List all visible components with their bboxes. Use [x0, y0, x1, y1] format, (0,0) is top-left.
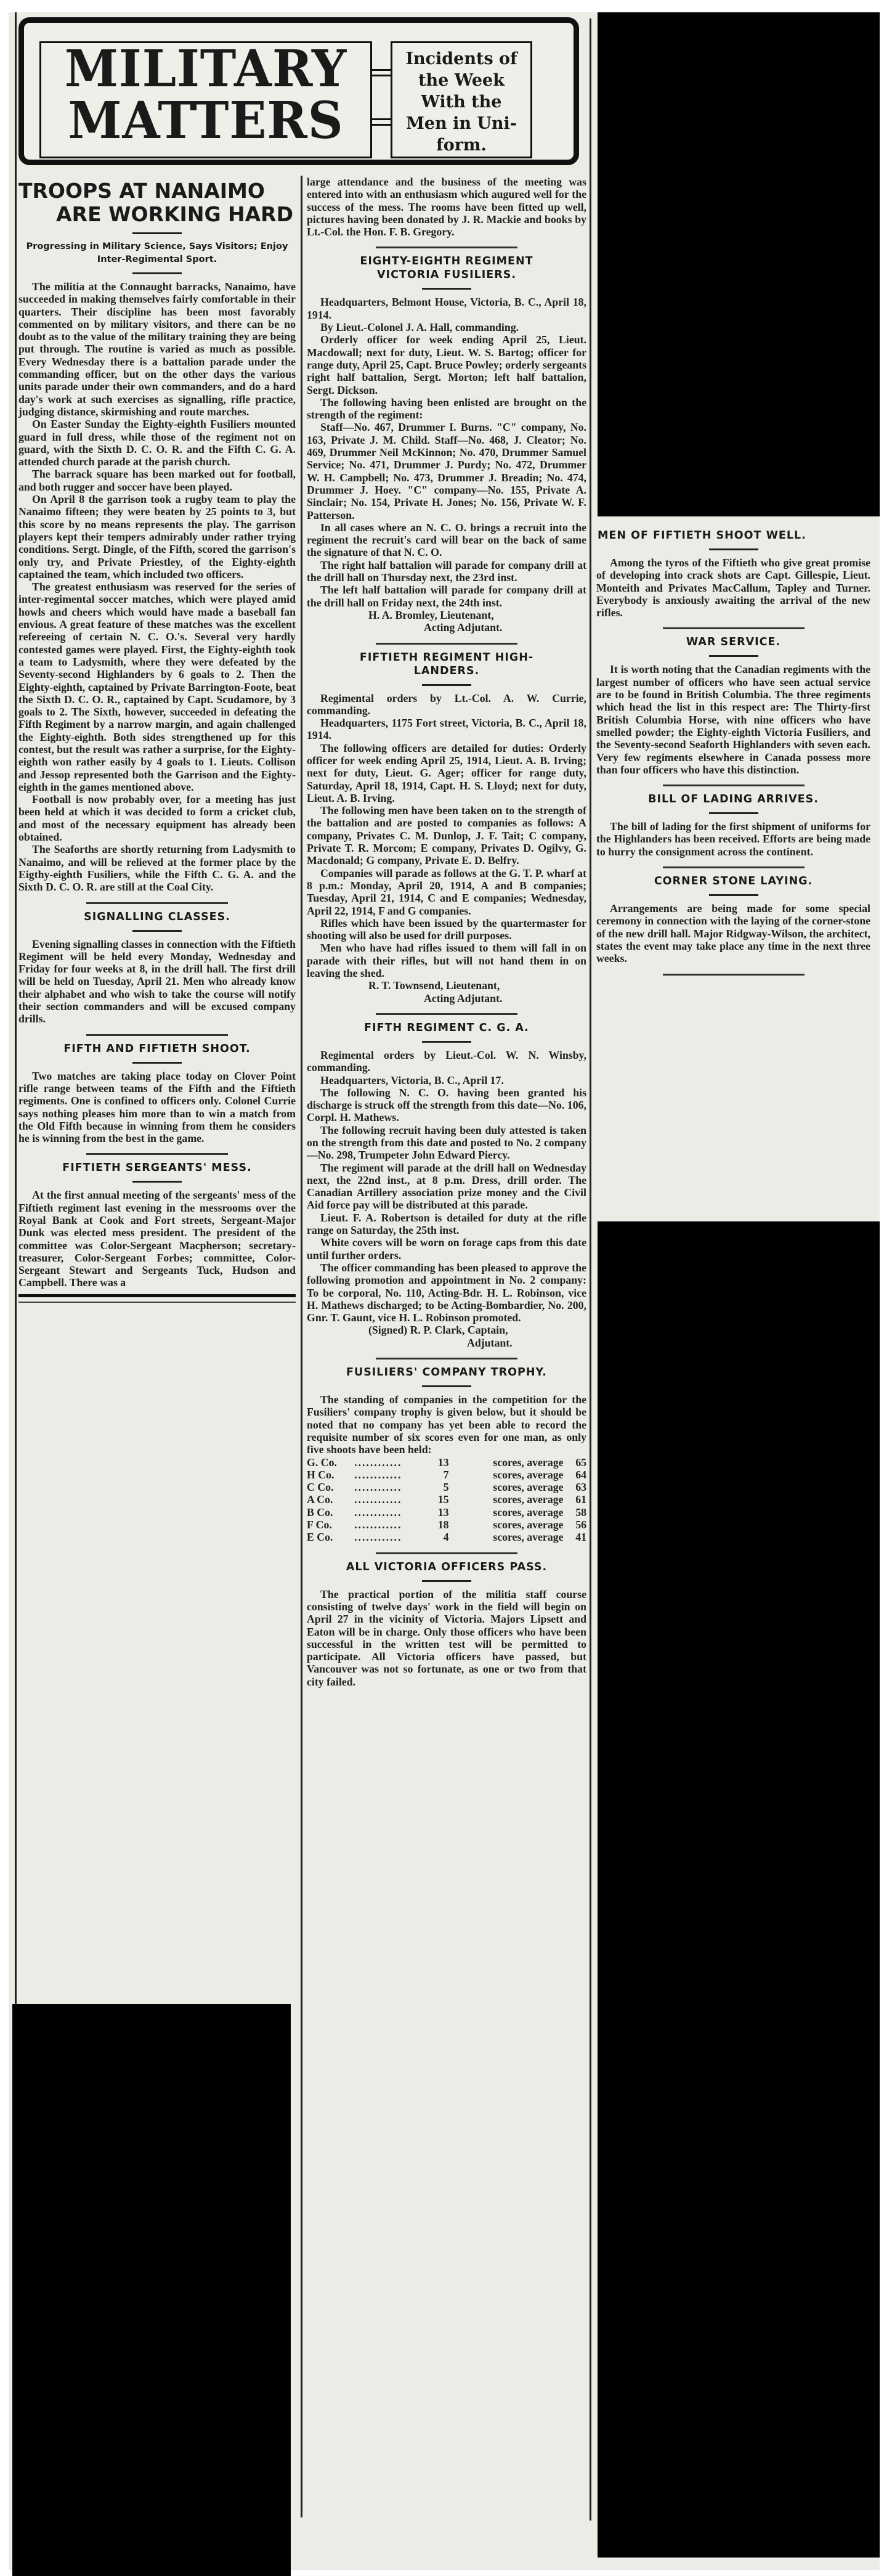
article-corner-stone: CORNER STONE LAYING. Arrangements are be…: [596, 874, 870, 964]
article-headline: ALL VICTORIA OFFICERS PASS.: [308, 1560, 585, 1574]
article-headline: TROOPS AT NANAIMO ARE WORKING HARD: [18, 179, 296, 226]
scores-label-cell: scores, average: [452, 1531, 563, 1543]
signature-line: R. T. Townsend, Lieutenant,: [307, 979, 586, 992]
article-headline: FUSILIERS' COMPANY TROPHY.: [308, 1366, 585, 1379]
article-body: Evening signalling classes in connection…: [18, 938, 296, 1025]
article-fifth-fiftieth-shoot: FIFTH AND FIFTIETH SHOOT. Two matches ar…: [18, 1042, 296, 1145]
article-paragraph: By Lieut.-Colonel J. A. Hall, commanding…: [307, 321, 586, 333]
scores-count-cell: 18: [429, 1518, 452, 1531]
article-headline: FIFTIETH SERGEANTS' MESS.: [20, 1161, 294, 1175]
article-body: It is worth noting that the Canadian reg…: [596, 663, 870, 776]
table-row: E Co.............4scores, average41: [307, 1531, 586, 1543]
article-sergeants-mess: FIFTIETH SERGEANTS' MESS. At the first a…: [18, 1161, 296, 1289]
separator: [709, 894, 758, 896]
separator: [132, 1181, 182, 1183]
article-troops-nanaimo: TROOPS AT NANAIMO ARE WORKING HARD Progr…: [18, 179, 296, 894]
company-cell: A Co.: [307, 1493, 354, 1506]
article-body: Regimental orders by Lt.-Col. A. W. Curr…: [307, 692, 586, 980]
masthead: MILITARY MATTERS Incidents of the Week W…: [18, 17, 579, 165]
article-body: Arrangements are being made for some spe…: [596, 902, 870, 964]
separator: [132, 930, 182, 932]
article-headline: LANDERS.: [308, 664, 585, 678]
article-paragraph: The regiment will parade at the drill ha…: [307, 1162, 586, 1212]
separator: [132, 1062, 182, 1064]
article-paragraph: Men who have had rifles issued to them w…: [307, 942, 586, 979]
article-headline: MEN OF FIFTIETH SHOOT WELL.: [598, 529, 869, 542]
article-eighty-eighth: EIGHTY-EIGHTH REGIMENT VICTORIA FUSILIER…: [307, 255, 586, 634]
average-cell: 64: [564, 1469, 587, 1481]
column-end-rule: [18, 1294, 296, 1303]
masthead-connector-bottom: [372, 118, 391, 126]
separator: [422, 288, 471, 290]
signature: H. A. Bromley, Lieutenant, Acting Adjuta…: [307, 609, 586, 634]
leader-dots: ............: [354, 1518, 429, 1531]
article-paragraph: Orderly officer for week ending April 25…: [307, 333, 586, 396]
signature-line: Acting Adjutant.: [307, 621, 586, 634]
article-body: Regimental orders by Lieut.-Col. W. N. W…: [307, 1049, 586, 1324]
article-paragraph: The following officers are detailed for …: [307, 742, 586, 804]
column-2: large attendance and the business of the…: [307, 176, 586, 1688]
article-fiftieth-highlanders: FIFTIETH REGIMENT HIGH- LANDERS. Regimen…: [307, 651, 586, 1005]
article-paragraph: Rifles which have been issued by the qua…: [307, 917, 586, 942]
average-cell: 41: [564, 1531, 587, 1543]
company-cell: H Co.: [307, 1469, 354, 1481]
column-3: MEN OF FIFTIETH SHOOT WELL. Among the ty…: [596, 529, 870, 982]
scores-count-cell: 4: [429, 1531, 452, 1543]
scores-label-cell: scores, average: [452, 1481, 563, 1493]
column-1: TROOPS AT NANAIMO ARE WORKING HARD Progr…: [18, 176, 296, 1303]
scores-count-cell: 7: [429, 1469, 452, 1481]
separator: [422, 1580, 471, 1582]
masthead-subtitle-line: form.: [392, 134, 530, 156]
column-rule-1: [301, 176, 302, 2517]
scores-label-cell: scores, average: [452, 1493, 563, 1506]
average-cell: 56: [564, 1518, 587, 1531]
separator: [663, 974, 805, 976]
company-cell: C Co.: [307, 1481, 354, 1493]
masthead-subtitle-line: With the: [392, 91, 530, 113]
company-standings-table: G. Co.............13scores, average65H C…: [307, 1456, 586, 1544]
article-body: The practical portion of the militia sta…: [307, 1588, 586, 1688]
scores-label-cell: scores, average: [452, 1518, 563, 1531]
article-paragraph: Evening signalling classes in connection…: [18, 938, 296, 1025]
article-paragraph: Headquarters, 1175 Fort street, Victoria…: [307, 717, 586, 742]
redacted-region-bottom-right: [598, 1221, 880, 2558]
masthead-title-box: MILITARY MATTERS: [39, 41, 372, 158]
article-deck: Progressing in Military Science, Says Vi…: [23, 240, 291, 266]
article-headline: VICTORIA FUSILIERS.: [308, 268, 585, 282]
leader-dots: ............: [354, 1481, 429, 1493]
article-paragraph: The following recruit having been duly a…: [307, 1124, 586, 1162]
article-headline: WAR SERVICE.: [598, 635, 869, 649]
scores-label-cell: scores, average: [452, 1469, 563, 1481]
signature: R. T. Townsend, Lieutenant, Acting Adjut…: [307, 979, 586, 1005]
article-headline: BILL OF LADING ARRIVES.: [598, 793, 869, 806]
scores-count-cell: 13: [429, 1506, 452, 1518]
article-body: Headquarters, Belmont House, Victoria, B…: [307, 296, 586, 608]
article-paragraph: Arrangements are being made for some spe…: [596, 902, 870, 964]
article-paragraph: It is worth noting that the Canadian reg…: [596, 663, 870, 776]
article-body: The standing of companies in the competi…: [307, 1393, 586, 1456]
signature-line: (Signed) R. P. Clark, Captain,: [307, 1324, 586, 1336]
article-headline: FIFTH AND FIFTIETH SHOOT.: [20, 1042, 294, 1056]
scores-count-cell: 13: [429, 1456, 452, 1469]
article-paragraph: The Seaforths are shortly returning from…: [18, 843, 296, 893]
separator: [663, 627, 805, 629]
article-paragraph: The following men have been taken on to …: [307, 804, 586, 866]
article-paragraph: The barrack square has been marked out f…: [18, 468, 296, 493]
separator: [86, 1034, 228, 1036]
article-paragraph: The following N. C. O. having been grant…: [307, 1086, 586, 1124]
table-row: A Co.............15scores, average61: [307, 1493, 586, 1506]
article-signalling-classes: SIGNALLING CLASSES. Evening signalling c…: [18, 910, 296, 1025]
headline-line: TROOPS AT NANAIMO: [18, 179, 265, 203]
article-fusiliers-trophy: FUSILIERS' COMPANY TROPHY. The standing …: [307, 1366, 586, 1544]
masthead-subtitle-box: Incidents of the Week With the Men in Un…: [391, 41, 532, 158]
signature-line: Adjutant.: [307, 1337, 586, 1349]
article-paragraph: The right half battalion will parade for…: [307, 559, 586, 584]
article-paragraph: White covers will be worn on forage caps…: [307, 1236, 586, 1262]
article-paragraph: In all cases where an N. C. O. brings a …: [307, 521, 586, 559]
table-row: H Co.............7scores, average64: [307, 1469, 586, 1481]
separator: [376, 643, 517, 645]
article-paragraph: Regimental orders by Lt.-Col. A. W. Curr…: [307, 692, 586, 717]
article-headline: CORNER STONE LAYING.: [598, 874, 869, 888]
article-headline: SIGNALLING CLASSES.: [20, 910, 294, 924]
article-paragraph: Regimental orders by Lieut.-Col. W. N. W…: [307, 1049, 586, 1074]
masthead-subtitle-line: Incidents of: [392, 48, 530, 70]
article-paragraph: The left half battalion will parade for …: [307, 584, 586, 609]
article-paragraph: Companies will parade as follows at the …: [307, 867, 586, 917]
company-cell: F Co.: [307, 1518, 354, 1531]
article-paragraph: On Easter Sunday the Eighty-eighth Fusil…: [18, 418, 296, 468]
article-fiftieth-shoot-well: MEN OF FIFTIETH SHOOT WELL. Among the ty…: [596, 529, 870, 619]
masthead-title-line-1: MILITARY: [48, 43, 364, 95]
article-fifth-cga: FIFTH REGIMENT C. G. A. Regimental order…: [307, 1021, 586, 1349]
article-body: The militia at the Connaught barracks, N…: [18, 280, 296, 894]
leader-dots: ............: [354, 1469, 429, 1481]
article-paragraph: At the first annual meeting of the serge…: [18, 1189, 296, 1289]
leader-dots: ............: [354, 1493, 429, 1506]
separator: [86, 1153, 228, 1155]
table-row: C Co.............5scores, average63: [307, 1481, 586, 1493]
article-paragraph: Staff—No. 467, Drummer I. Burns. "C" com…: [307, 421, 586, 521]
separator: [709, 812, 758, 814]
article-paragraph: Football is now probably over, for a mee…: [18, 793, 296, 843]
leader-dots: ............: [354, 1456, 429, 1469]
article-body: The bill of lading for the first shipmen…: [596, 820, 870, 858]
masthead-subtitle-line: Men in Uni-: [392, 113, 530, 134]
article-paragraph: Headquarters, Victoria, B. C., April 17.: [307, 1074, 586, 1086]
article-headline: FIFTIETH REGIMENT HIGH-: [308, 651, 585, 664]
separator: [376, 1552, 517, 1554]
separator: [132, 232, 182, 234]
average-cell: 63: [564, 1481, 587, 1493]
table-row: F Co.............18scores, average56: [307, 1518, 586, 1531]
article-body: Two matches are taking place today on Cl…: [18, 1070, 296, 1145]
average-cell: 65: [564, 1456, 587, 1469]
scores-count-cell: 5: [429, 1481, 452, 1493]
signature: (Signed) R. P. Clark, Captain, Adjutant.: [307, 1324, 586, 1349]
separator: [132, 272, 182, 274]
table-row: G. Co.............13scores, average65: [307, 1456, 586, 1469]
redacted-region-top-right: [598, 12, 880, 516]
article-war-service: WAR SERVICE. It is worth noting that the…: [596, 635, 870, 776]
separator: [422, 684, 471, 686]
masthead-title-line-2: MATTERS: [48, 95, 364, 147]
company-cell: B Co.: [307, 1506, 354, 1518]
article-paragraph: The militia at the Connaught barracks, N…: [18, 280, 296, 418]
company-cell: G. Co.: [307, 1456, 354, 1469]
masthead-subtitle-line: the Week: [392, 70, 530, 91]
article-paragraph: On April 8 the garrison took a rugby tea…: [18, 493, 296, 581]
scores-label-cell: scores, average: [452, 1456, 563, 1469]
article-body: Among the tyros of the Fiftieth who give…: [596, 556, 870, 619]
article-paragraph: The officer commanding has been pleased …: [307, 1262, 586, 1324]
article-bill-of-lading: BILL OF LADING ARRIVES. The bill of ladi…: [596, 793, 870, 858]
company-cell: E Co.: [307, 1531, 354, 1543]
leader-dots: ............: [354, 1506, 429, 1518]
separator: [422, 1385, 471, 1387]
article-paragraph-continued: large attendance and the business of the…: [307, 176, 586, 238]
article-officers-pass: ALL VICTORIA OFFICERS PASS. The practica…: [307, 1560, 586, 1688]
article-paragraph: The following having been enlisted are b…: [307, 396, 586, 422]
redacted-region-bottom-left: [12, 2004, 291, 2576]
separator: [376, 1358, 517, 1359]
article-headline: FIFTH REGIMENT C. G. A.: [308, 1021, 585, 1035]
article-headline: EIGHTY-EIGHTH REGIMENT: [308, 255, 585, 268]
separator: [376, 247, 517, 248]
leader-dots: ............: [354, 1531, 429, 1543]
signature-line: Acting Adjutant.: [307, 992, 586, 1005]
page-border-left: [15, 12, 17, 2004]
headline-line: ARE WORKING HARD: [18, 203, 296, 226]
article-paragraph: The greatest enthusiasm was reserved for…: [18, 581, 296, 793]
separator: [709, 548, 758, 550]
masthead-connector-top: [372, 69, 391, 76]
article-paragraph: The standing of companies in the competi…: [307, 1393, 586, 1456]
separator: [422, 1041, 471, 1043]
separator: [86, 902, 228, 904]
average-cell: 61: [564, 1493, 587, 1506]
signature-line: H. A. Bromley, Lieutenant,: [307, 609, 586, 621]
article-paragraph: Among the tyros of the Fiftieth who give…: [596, 556, 870, 619]
article-paragraph: The practical portion of the militia sta…: [307, 1588, 586, 1688]
separator: [709, 655, 758, 657]
separator: [663, 866, 805, 868]
scores-label-cell: scores, average: [452, 1506, 563, 1518]
column-rule-2: [590, 18, 591, 2521]
separator: [663, 785, 805, 786]
article-paragraph: The bill of lading for the first shipmen…: [596, 820, 870, 858]
table-row: B Co.............13scores, average58: [307, 1506, 586, 1518]
article-paragraph: Headquarters, Belmont House, Victoria, B…: [307, 296, 586, 321]
average-cell: 58: [564, 1506, 587, 1518]
article-paragraph: Two matches are taking place today on Cl…: [18, 1070, 296, 1145]
scores-count-cell: 15: [429, 1493, 452, 1506]
article-paragraph: Lieut. F. A. Robertson is detailed for d…: [307, 1212, 586, 1237]
separator: [376, 1013, 517, 1015]
